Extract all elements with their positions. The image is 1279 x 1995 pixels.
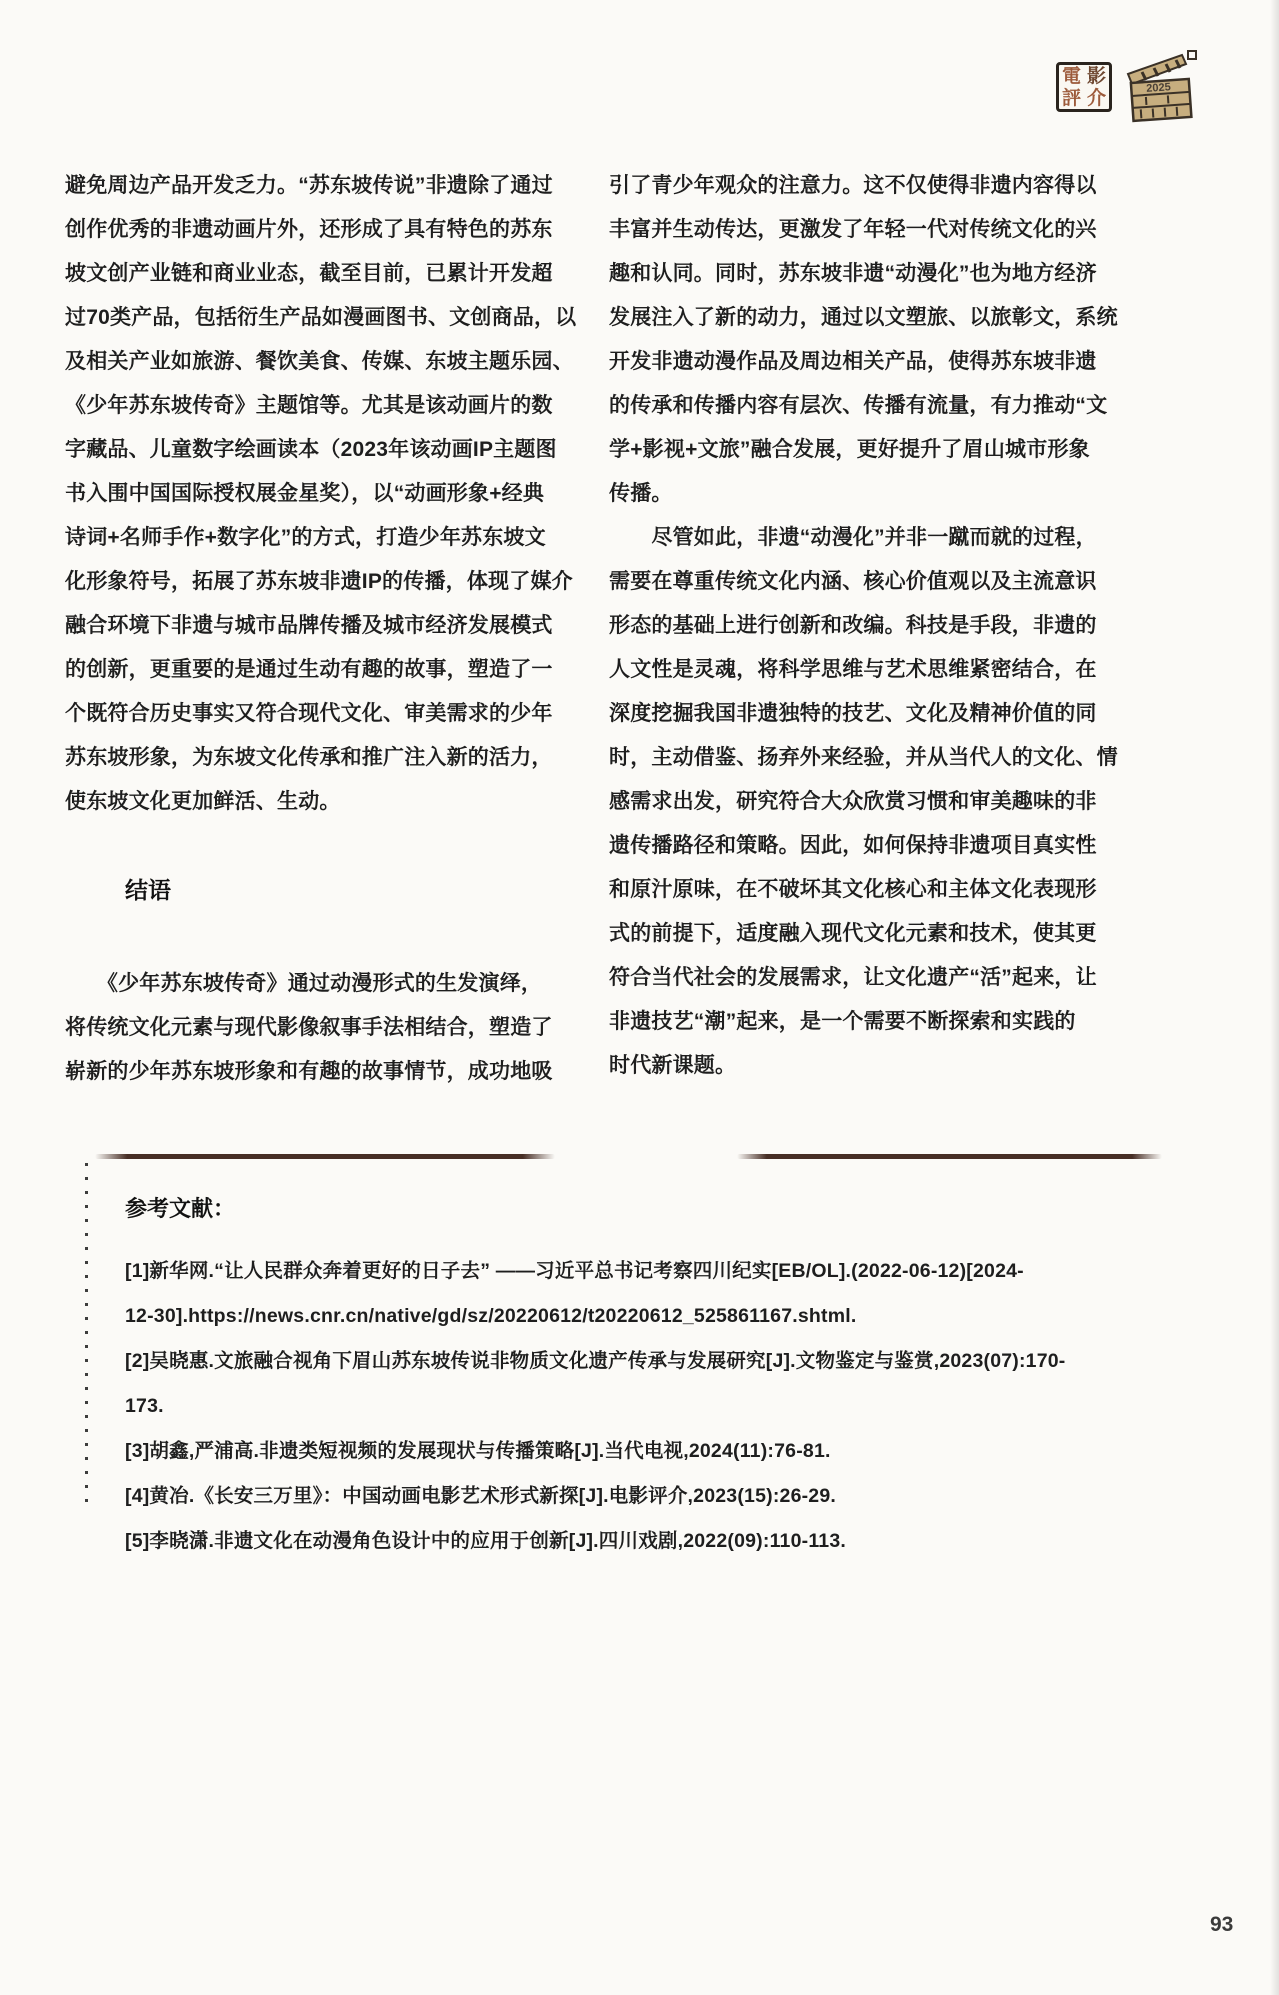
text-line: 诗词+名师手作+数字化”的方式，打造少年苏东坡文: [65, 516, 571, 560]
text-line: 化形象符号，拓展了苏东坡非遗IP的传播，体现了媒介: [65, 560, 571, 604]
paragraph: 《少年苏东坡传奇》通过动漫形式的生发演绎，将传统文化元素与现代影像叙事手法相结合…: [65, 962, 571, 1094]
text-line: 形态的基础上进行创新和改编。科技是手段，非遗的: [609, 604, 1115, 648]
text-line: 时代新课题。: [609, 1044, 1115, 1088]
text-line: 开发非遗动漫作品及周边相关产品，使得苏东坡非遗: [609, 340, 1115, 384]
text-line: 符合当代社会的发展需求，让文化遗产“活”起来，让: [609, 956, 1115, 1000]
journal-seal: 電 影 評 介: [1056, 62, 1112, 112]
text-line: 和原汁原味，在不破坏其文化核心和主体文化表现形: [609, 868, 1115, 912]
reference-line: [5]李晓潇.非遗文化在动漫角色设计中的应用于创新[J].四川戏剧,2022(0…: [125, 1519, 1170, 1564]
seal-char: 介: [1084, 87, 1109, 109]
text-line: 的创新，更重要的是通过生动有趣的故事，塑造了一: [65, 648, 571, 692]
text-line: 《少年苏东坡传奇》通过动漫形式的生发演绎，: [65, 962, 571, 1006]
reference-line: 12-30].https://news.cnr.cn/native/gd/sz/…: [125, 1294, 1170, 1339]
text-line: 过70类产品，包括衍生产品如漫画图书、文创商品，以: [65, 296, 571, 340]
text-line: 丰富并生动传达，更激发了年轻一代对传统文化的兴: [609, 208, 1115, 252]
references-list: [1]新华网.“让人民群众奔着更好的日子去” ——习近平总书记考察四川纪实[EB…: [125, 1249, 1170, 1564]
text-line: 崭新的少年苏东坡形象和有趣的故事情节，成功地吸: [65, 1050, 571, 1094]
paragraph: 引了青少年观众的注意力。这不仅使得非遗内容得以丰富并生动传达，更激发了年轻一代对…: [609, 164, 1115, 516]
text-line: 遗传播路径和策略。因此，如何保持非遗项目真实性: [609, 824, 1115, 868]
text-line: 将传统文化元素与现代影像叙事手法相结合，塑造了: [65, 1006, 571, 1050]
left-column: 避免周边产品开发乏力。“苏东坡传说”非遗除了通过创作优秀的非遗动画片外，还形成了…: [65, 164, 571, 1094]
text-line: 使东坡文化更加鲜活、生动。: [65, 780, 571, 824]
text-line: 感需求出发，研究符合大众欣赏习惯和审美趣味的非: [609, 780, 1115, 824]
dotted-border: [85, 1163, 88, 1505]
text-line: 《少年苏东坡传奇》主题馆等。尤其是该动画片的数: [65, 384, 571, 428]
text-line: 尽管如此，非遗“动漫化”并非一蹴而就的过程，: [609, 516, 1115, 560]
text-line: 式的前提下，适度融入现代文化元素和技术，使其更: [609, 912, 1115, 956]
text-line: 学+影视+文旅”融合发展，更好提升了眉山城市形象: [609, 428, 1115, 472]
text-line: 的传承和传播内容有层次、传播有流量，有力推动“文: [609, 384, 1115, 428]
divider-rule: [95, 1154, 555, 1159]
clapperboard-icon: 2025: [1120, 48, 1202, 123]
text-line: 传播。: [609, 472, 1115, 516]
seal-char: 影: [1084, 65, 1109, 87]
reference-line: [2]吴晓惠.文旅融合视角下眉山苏东坡传说非物质文化遗产传承与发展研究[J].文…: [125, 1339, 1170, 1384]
divider-rule: [737, 1154, 1162, 1159]
reference-line: [4]黄冶.《长安三万里》：中国动画电影艺术形式新探[J].电影评介,2023(…: [125, 1474, 1170, 1519]
journal-page: 電 影 評 介 2025: [0, 0, 1279, 1995]
text-line: 创作优秀的非遗动画片外，还形成了具有特色的苏东: [65, 208, 571, 252]
references-heading: 参考文献：: [125, 1192, 235, 1223]
right-column: 引了青少年观众的注意力。这不仅使得非遗内容得以丰富并生动传达，更激发了年轻一代对…: [609, 164, 1115, 1094]
journal-logo: 電 影 評 介 2025: [1056, 48, 1216, 123]
text-line: 人文性是灵魂，将科学思维与艺术思维紧密结合，在: [609, 648, 1115, 692]
text-line: 避免周边产品开发乏力。“苏东坡传说”非遗除了通过: [65, 164, 571, 208]
page-number: 93: [1210, 1913, 1233, 1937]
text-line: 趣和认同。同时，苏东坡非遗“动漫化”也为地方经济: [609, 252, 1115, 296]
text-line: 时，主动借鉴、扬弃外来经验，并从当代人的文化、情: [609, 736, 1115, 780]
article-body: 避免周边产品开发乏力。“苏东坡传说”非遗除了通过创作优秀的非遗动画片外，还形成了…: [65, 164, 1115, 1094]
text-line: 深度挖掘我国非遗独特的技艺、文化及精神价值的同: [609, 692, 1115, 736]
text-line: 非遗技艺“潮”起来，是一个需要不断探索和实践的: [609, 1000, 1115, 1044]
seal-char: 電: [1059, 65, 1084, 87]
text-line: 需要在尊重传统文化内涵、核心价值观以及主流意识: [609, 560, 1115, 604]
paragraph: 尽管如此，非遗“动漫化”并非一蹴而就的过程，需要在尊重传统文化内涵、核心价值观以…: [609, 516, 1115, 1088]
paragraph: 避免周边产品开发乏力。“苏东坡传说”非遗除了通过创作优秀的非遗动画片外，还形成了…: [65, 164, 571, 824]
text-line: 及相关产业如旅游、餐饮美食、传媒、东坡主题乐园、: [65, 340, 571, 384]
text-line: 书入围中国国际授权展金星奖），以“动画形象+经典: [65, 472, 571, 516]
text-line: 融合环境下非遗与城市品牌传播及城市经济发展模式: [65, 604, 571, 648]
text-line: 引了青少年观众的注意力。这不仅使得非遗内容得以: [609, 164, 1115, 208]
text-line: 发展注入了新的动力，通过以文塑旅、以旅彰文，系统: [609, 296, 1115, 340]
section-heading-conclusion: 结语: [125, 868, 571, 912]
text-line: 个既符合历史事实又符合现代文化、审美需求的少年: [65, 692, 571, 736]
text-line: 坡文创产业链和商业业态，截至目前，已累计开发超: [65, 252, 571, 296]
clapper-year-label: 2025: [1146, 81, 1171, 95]
reference-line: 173.: [125, 1384, 1170, 1429]
text-line: 字藏品、儿童数字绘画读本（2023年该动画IP主题图: [65, 428, 571, 472]
reference-line: [3]胡鑫,严浦高.非遗类短视频的发展现状与传播策略[J].当代电视,2024(…: [125, 1429, 1170, 1474]
seal-char: 評: [1059, 87, 1084, 109]
reference-line: [1]新华网.“让人民群众奔着更好的日子去” ——习近平总书记考察四川纪实[EB…: [125, 1249, 1170, 1294]
text-line: 苏东坡形象，为东坡文化传承和推广注入新的活力，: [65, 736, 571, 780]
